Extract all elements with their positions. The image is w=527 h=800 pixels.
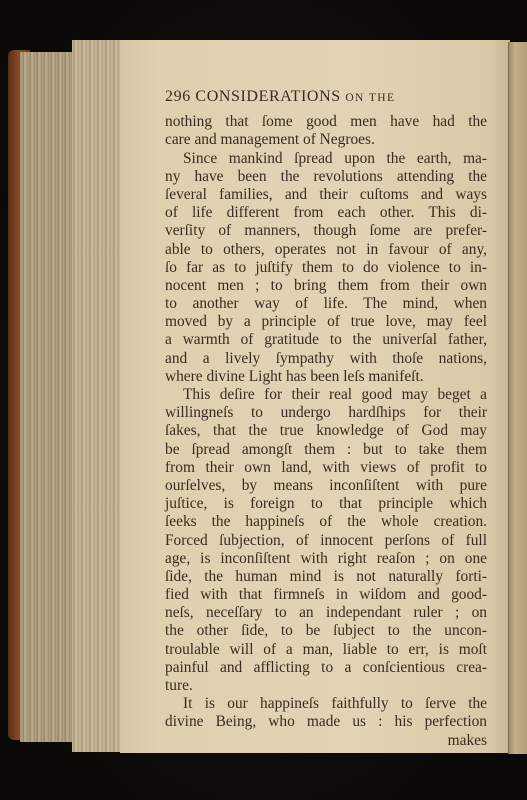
text-line: able to others, operates not in favour o…	[165, 241, 487, 259]
text-line: makes	[165, 732, 487, 750]
text-line: Forced ſubjection, of innocent perſons o…	[165, 532, 487, 550]
text-line: moved by a principle of true love, may f…	[165, 313, 487, 331]
text-line: a warmth of gratitude to the univerſal f…	[165, 331, 487, 349]
text-line: nothing that ſome good men have had the	[165, 113, 487, 131]
text-line: ſide, the human mind is not naturally fo…	[165, 568, 487, 586]
text-line: It is our happineſs faithfully to ſerve …	[165, 695, 487, 713]
running-title-small: ON THE	[345, 92, 395, 104]
text-line: fied with that firmneſs in wiſdom and go…	[165, 586, 487, 604]
page-text-block: 296 CONSIDERATIONS ON THE nothing that ſ…	[165, 88, 487, 750]
body-text: nothing that ſome good men have had thec…	[165, 113, 487, 750]
text-line: ſakes, that the true knowledge of God ma…	[165, 422, 487, 440]
text-line: from their own land, with views of profi…	[165, 459, 487, 477]
text-line: ture.	[165, 677, 487, 695]
text-line: of life different from each other. This …	[165, 204, 487, 222]
running-title: CONSIDERATIONS	[195, 88, 340, 105]
text-line: ourſelves, by means inconſiſtent with pu…	[165, 477, 487, 495]
text-line: age, is inconſiſtent with right reaſon ;…	[165, 550, 487, 568]
text-line: Since mankind ſpread upon the earth, ma-	[165, 150, 487, 168]
text-line: ny have been the revolutions attending t…	[165, 168, 487, 186]
text-line: juſtice, is foreign to that principle wh…	[165, 495, 487, 513]
text-line: ſeveral families, and their cuſtoms and …	[165, 186, 487, 204]
text-line: be ſpread amongſt them : but to take the…	[165, 441, 487, 459]
text-line: the other ſide, to be ſubject to the unc…	[165, 622, 487, 640]
text-line: ſo far as to juſtify them to do violence…	[165, 259, 487, 277]
text-line: nocent men ; to bring them from their ow…	[165, 277, 487, 295]
book-gutter-binding	[508, 42, 527, 754]
page-number: 296	[165, 88, 191, 105]
text-line: to another way of life. The mind, when	[165, 295, 487, 313]
text-line: and a lively ſympathy with thoſe nations…	[165, 350, 487, 368]
text-line: troulable will of a man, liable to err, …	[165, 641, 487, 659]
text-line: This deſire for their real good may bege…	[165, 386, 487, 404]
text-line: care and management of Negroes.	[165, 131, 487, 149]
page-fore-edge-stack-inner	[72, 40, 122, 752]
page-fore-edge-stack	[20, 52, 75, 742]
text-line: neſs, neceſſary to an independant ruler …	[165, 604, 487, 622]
text-line: ſeeks the happineſs of the whole creatio…	[165, 513, 487, 531]
text-line: divine Being, who made us : his perfecti…	[165, 713, 487, 731]
text-line: verſity of manners, though ſome are pref…	[165, 222, 487, 240]
text-line: painful and afflicting to a conſcientiou…	[165, 659, 487, 677]
text-line: willingneſs to undergo hardſhips for the…	[165, 404, 487, 422]
running-head: 296 CONSIDERATIONS ON THE	[165, 88, 487, 107]
text-line: where divine Light has been leſs manifeſ…	[165, 368, 487, 386]
